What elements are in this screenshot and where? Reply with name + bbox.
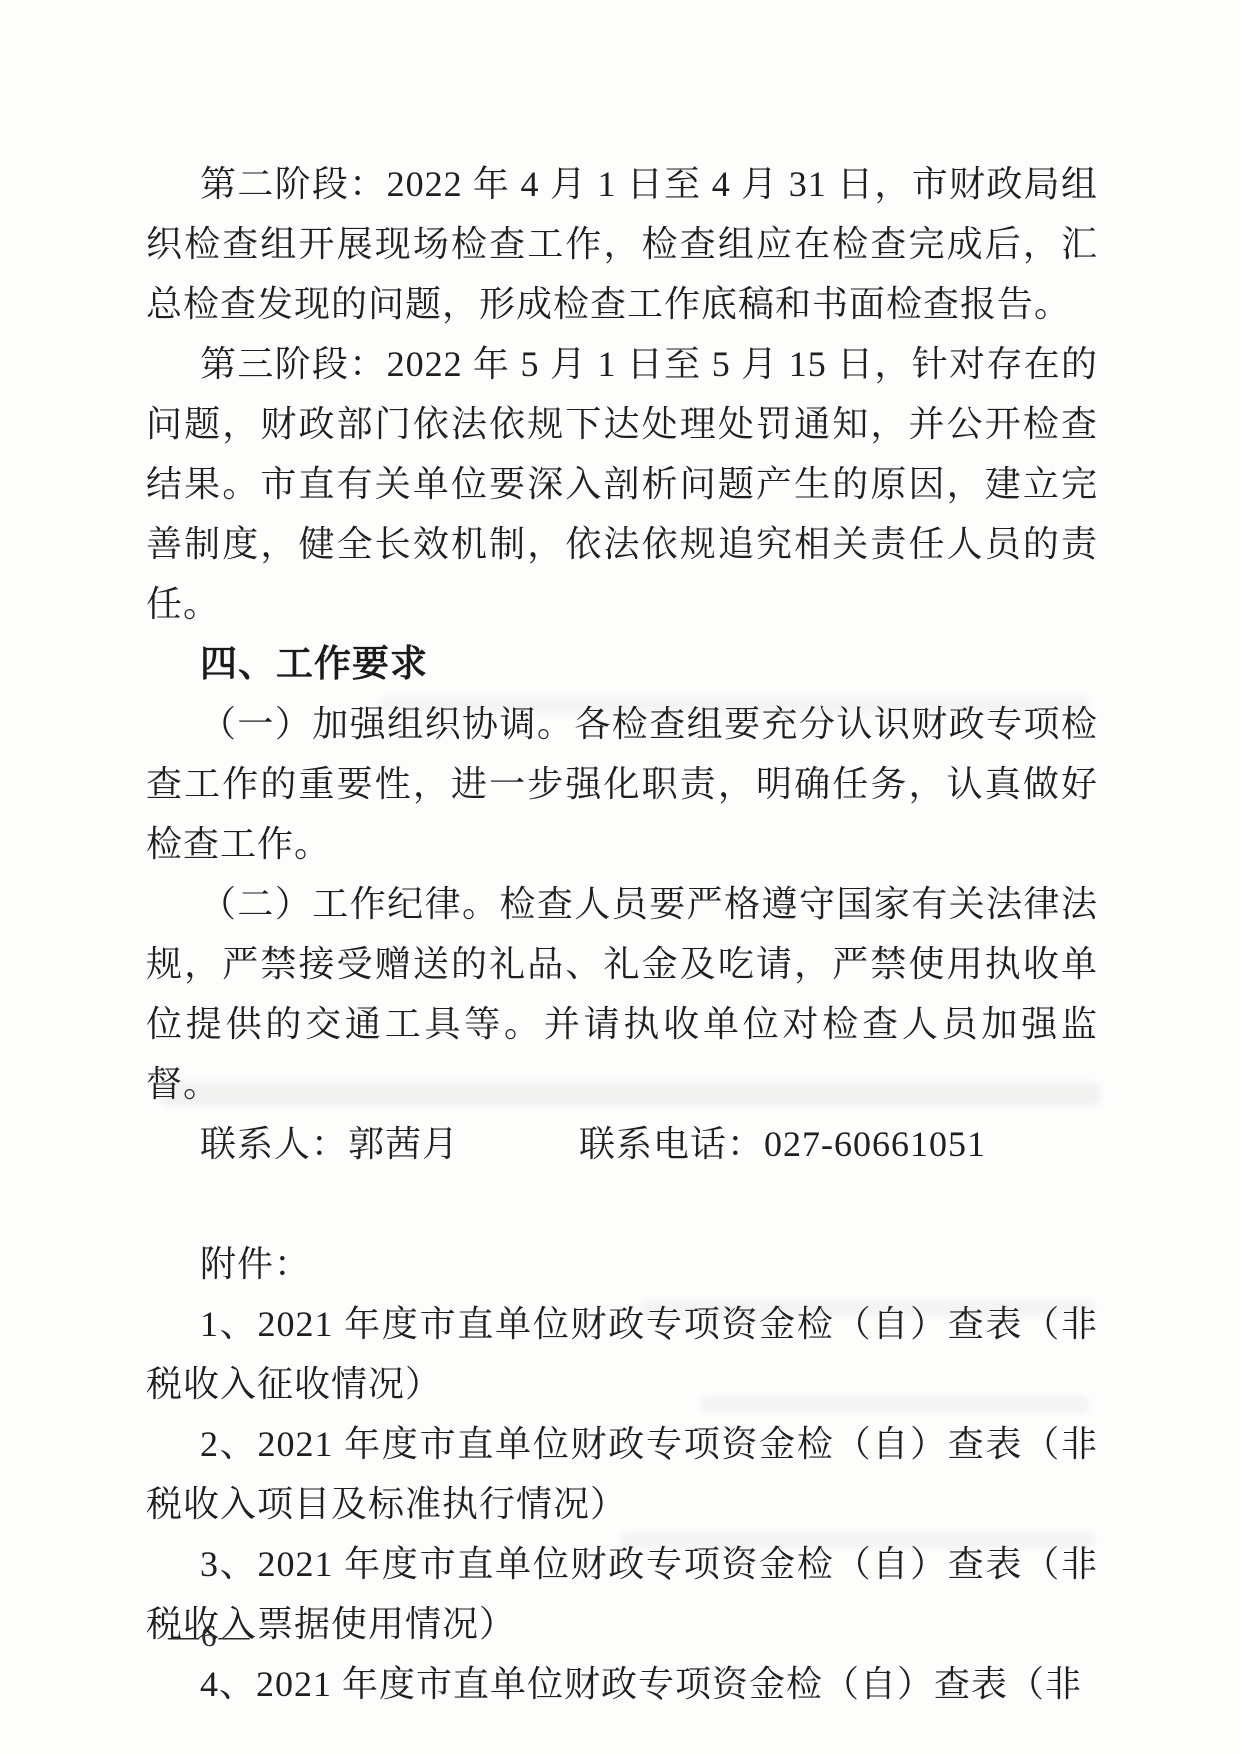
contact-phone-label: 联系电话： bbox=[579, 1124, 764, 1164]
paragraph-stage-three: 第三阶段：2022 年 5 月 1 日至 5 月 15 日，针对存在的问题，财政… bbox=[146, 334, 1098, 634]
requirement-item-2: （二）工作纪律。检查人员要严格遵守国家有关法律法规，严禁接受赠送的礼品、礼金及吃… bbox=[146, 874, 1098, 1114]
document-page: 第二阶段：2022 年 4 月 1 日至 4 月 31 日，市财政局组织检查组开… bbox=[0, 0, 1240, 1754]
attachment-item-1: 1、2021 年度市直单位财政专项资金检（自）查表（非税收入征收情况） bbox=[146, 1294, 1098, 1414]
contact-person-name: 郭茜月 bbox=[348, 1124, 459, 1164]
section-heading-work-requirements: 四、工作要求 bbox=[146, 634, 1098, 694]
attachment-item-4: 4、2021 年度市直单位财政专项资金检（自）查表（非 bbox=[146, 1654, 1098, 1714]
document-body: 第二阶段：2022 年 4 月 1 日至 4 月 31 日，市财政局组织检查组开… bbox=[146, 154, 1098, 1714]
requirement-item-1: （一）加强组织协调。各检查组要充分认识财政专项检查工作的重要性，进一步强化职责，… bbox=[146, 694, 1098, 874]
page-number: —6— bbox=[168, 1618, 252, 1654]
contact-line: 联系人：郭茜月联系电话：027-60661051 bbox=[146, 1114, 1098, 1174]
contact-person-label: 联系人： bbox=[200, 1124, 348, 1164]
attachment-item-2: 2、2021 年度市直单位财政专项资金检（自）查表（非税收入项目及标准执行情况） bbox=[146, 1414, 1098, 1534]
attachments-label: 附件： bbox=[146, 1234, 1098, 1294]
paragraph-stage-two: 第二阶段：2022 年 4 月 1 日至 4 月 31 日，市财政局组织检查组开… bbox=[146, 154, 1098, 334]
contact-phone-number: 027-60661051 bbox=[764, 1124, 986, 1164]
attachment-item-3: 3、2021 年度市直单位财政专项资金检（自）查表（非税收入票据使用情况） bbox=[146, 1534, 1098, 1654]
